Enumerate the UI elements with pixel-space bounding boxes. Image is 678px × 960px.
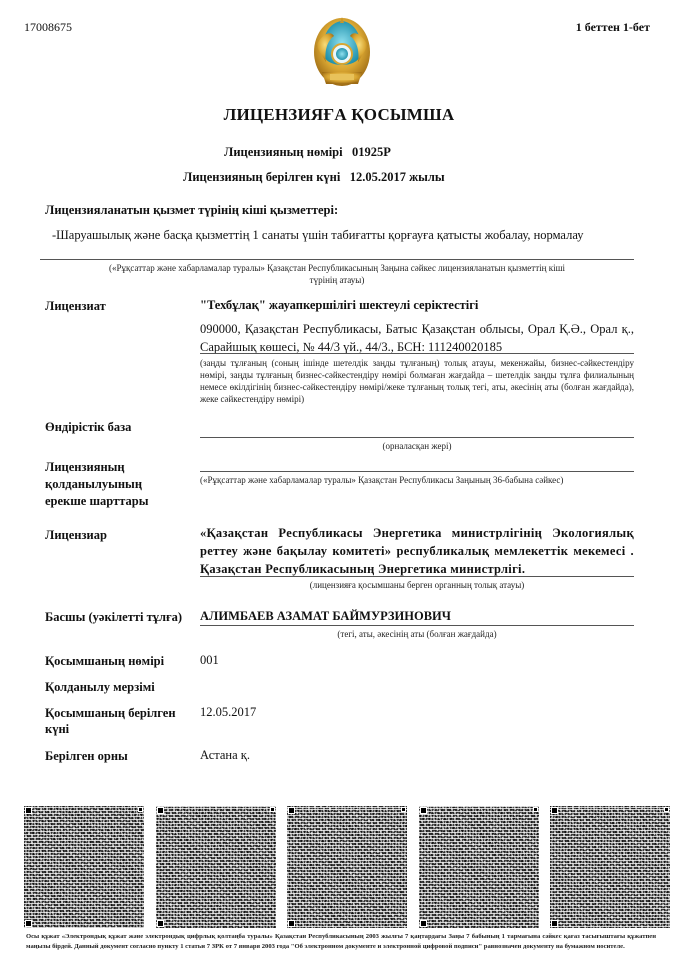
label-line: күні [45,721,176,737]
licensee-caption: (заңды тұлғаның (соның ішінде шетелдік з… [200,357,634,405]
qr-code-icon [419,806,539,928]
page-indicator: 1 беттен 1-бет [576,20,650,35]
document-title: ЛИЦЕНЗИЯҒА ҚОСЫМША [0,105,678,125]
head-caption: (тегі, аты, әкесінің аты (болған жағдайд… [200,628,634,640]
state-emblem-icon [312,16,372,92]
licensee-name: "Техбұлақ" жауапкершілігі шектеулі серік… [200,296,634,314]
licensor-value: «Қазақстан Республикасы Энергетика минис… [200,524,634,578]
label-line: қолданылуының [45,476,148,493]
appendix-issue-date-value: 12.05.2017 [200,703,634,721]
license-issue-date-label: Лицензияның берілген күні [183,170,340,184]
qr-marker [401,807,406,812]
qr-marker [664,807,669,812]
sub-activities-caption: («Рұқсаттар және хабарламалар туралы» Қа… [40,262,634,286]
appendix-number-value: 001 [200,651,634,669]
qr-marker [270,807,275,812]
qr-code-icon [287,806,407,928]
divider [200,353,634,354]
production-base-caption: (орналасқан жері) [200,440,634,452]
divider [200,625,634,626]
label-line: ерекше шарттары [45,493,148,510]
licensor-label: Лицензиар [45,527,107,543]
special-conditions-label: Лицензияның қолданылуының ерекше шарттар… [45,459,148,510]
special-conditions-caption: («Рұқсаттар және хабарламалар туралы» Қа… [200,474,634,486]
qr-code-icon [24,806,144,928]
validity-period-label: Қолданылу мерзімі [45,679,155,695]
divider [200,576,634,577]
production-base-value [200,420,634,436]
licensor-caption: (лицензияға қосымшаны берген органның то… [200,579,634,591]
special-conditions-value [200,455,634,469]
production-base-label: Өндірістік база [45,419,131,435]
license-number-label: Лицензияның нөмірі [224,145,343,159]
sub-activities-heading: Лицензияланатын қызмет түрінің кіші қызм… [45,203,338,218]
qr-code-icon [156,806,276,928]
licensee-address: 090000, Қазақстан Республикасы, Батыс Қа… [200,320,634,356]
label-line: Лицензияның [45,459,148,476]
issue-place-value: Астана қ. [200,746,634,764]
license-issue-date-value: 12.05.2017 жылы [350,170,445,184]
issue-place-label: Берілген орны [45,748,128,764]
caption-line: түрінің атауы) [40,274,634,286]
divider [200,437,634,438]
qr-code-icon [550,806,670,928]
license-number: Лицензияның нөмірі 01925P [224,145,391,160]
head-label: Басшы (уәкілетті тұлға) [45,609,182,625]
appendix-issue-date-label: Қосымшаның берілген күні [45,705,176,737]
sub-activity-text: Шаруашылық және басқа қызметтің 1 санаты… [56,228,583,242]
label-line: Қосымшаның берілген [45,705,176,721]
caption-line: («Рұқсаттар және хабарламалар туралы» Қа… [40,262,634,274]
license-number-value: 01925P [352,145,391,159]
legal-footer-note: Осы құжат «Электрондық құжат және электр… [26,932,656,951]
appendix-number-label: Қосымшаның нөмірі [45,653,164,669]
divider [40,259,634,260]
qr-marker [138,807,143,812]
head-value: АЛИМБАЕВ АЗАМАТ БАЙМУРЗИНОВИЧ [200,607,634,625]
divider [200,471,634,472]
qr-code-row [24,806,670,928]
licensee-label: Лицензиат [45,298,106,314]
qr-marker [533,807,538,812]
document-id: 17008675 [24,20,72,35]
license-issue-date: Лицензияның берілген күні 12.05.2017 жыл… [183,170,445,185]
sub-activity-item: -Шаруашылық және басқа қызметтің 1 санат… [52,228,584,243]
